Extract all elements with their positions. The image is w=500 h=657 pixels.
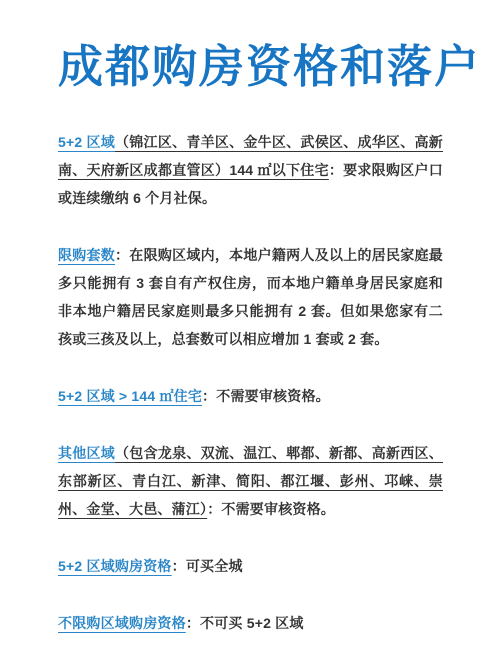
body-text: ：不可买 5+2 区域 <box>186 615 304 631</box>
keyword-unrestricted-qualification: 不限购区域购房资格 <box>58 615 186 631</box>
keyword-5plus2-qualification: 5+2 区域购房资格 <box>58 558 172 574</box>
body-text: ：在限购区域内，本地户籍两人及以上的居民家庭最多只能拥有 3 套自有产权住房，而… <box>58 247 443 347</box>
body-text: ：可买全城 <box>172 558 243 574</box>
body-text: ：不需要审核资格。 <box>202 388 330 404</box>
section-purchase-limit-count: 限购套数：在限购区域内，本地户籍两人及以上的居民家庭最多只能拥有 3 套自有产权… <box>58 241 443 353</box>
section-5plus2-qualification: 5+2 区域购房资格：可买全城 <box>58 552 443 580</box>
section-5plus2-under-144: 5+2 区域（锦江区、青羊区、金牛区、武侯区、成华区、高新南、天府新区成都直管区… <box>58 128 443 212</box>
keyword-5plus2-area: 5+2 区域 <box>58 134 115 150</box>
section-5plus2-over-144: 5+2 区域 > 144 ㎡住宅：不需要审核资格。 <box>58 382 443 410</box>
keyword-purchase-limit: 限购套数 <box>58 247 115 263</box>
keyword-other-areas: 其他区域 <box>58 445 115 461</box>
section-unrestricted-qualification: 不限购区域购房资格：不可买 5+2 区域 <box>58 609 443 637</box>
body-text: ：不需要审核资格。 <box>207 501 335 517</box>
keyword-5plus2-over-144: 5+2 区域 > 144 ㎡住宅 <box>58 388 202 404</box>
section-other-areas: 其他区域（包含龙泉、双流、温江、郫都、新都、高新西区、东部新区、青白江、新津、简… <box>58 439 443 523</box>
page-title: 成都购房资格和落户 <box>58 40 443 94</box>
document: 成都购房资格和落户 5+2 区域（锦江区、青羊区、金牛区、武侯区、成华区、高新南… <box>0 0 500 657</box>
